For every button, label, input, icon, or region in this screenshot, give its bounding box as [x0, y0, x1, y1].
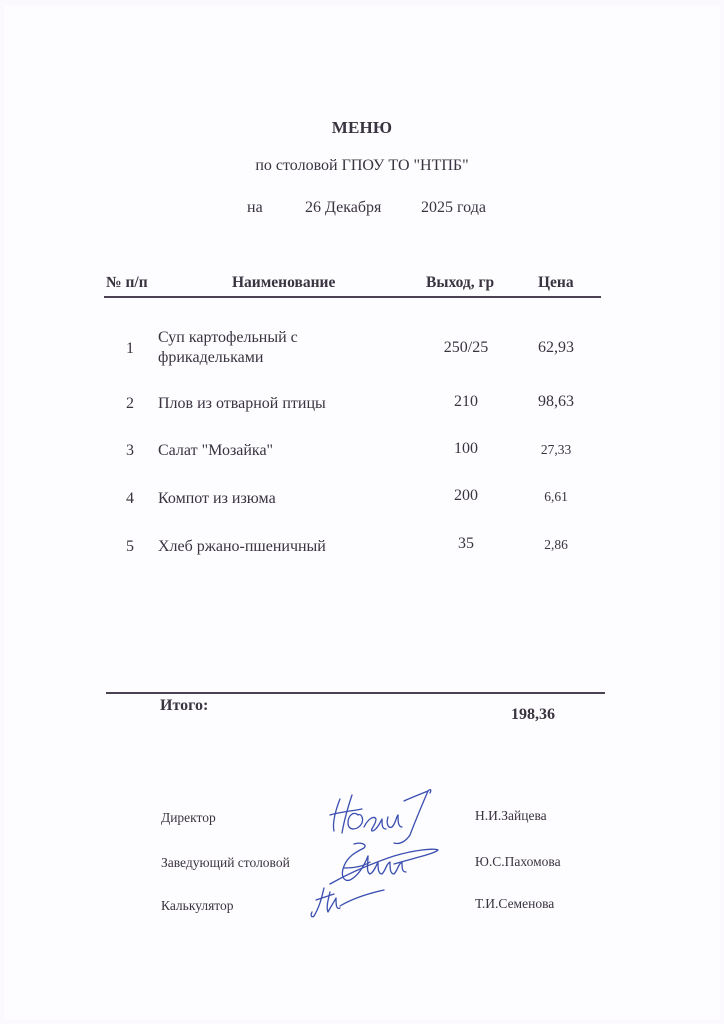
row-2-price: 98,63 [521, 393, 591, 411]
column-header-num: № п/п [106, 274, 148, 292]
total-divider [106, 692, 605, 694]
row-5-name: Хлеб ржано-пшеничный [158, 537, 326, 557]
signature-calculator [310, 884, 390, 920]
row-3-num: 3 [126, 442, 134, 460]
row-1-name-line2: фрикадельками [158, 348, 298, 368]
row-3-price: 27,33 [521, 442, 591, 458]
signer-1-name: Н.И.Зайцева [475, 808, 547, 824]
total-label: Итого: [160, 697, 208, 715]
signer-2-name: Ю.С.Пахомова [475, 854, 561, 870]
signer-3-role: Калькулятор [161, 898, 234, 914]
row-5-price: 2,86 [521, 537, 591, 553]
row-4-output: 200 [426, 487, 506, 505]
row-2-num: 2 [126, 395, 134, 413]
row-3-output: 100 [426, 440, 506, 458]
row-4-num: 4 [126, 490, 134, 508]
row-1-price: 62,93 [521, 339, 591, 357]
row-3-name: Салат "Мозайка" [158, 441, 273, 461]
signer-2-role: Заведующий столовой [161, 855, 290, 871]
column-header-output: Выход, гр [426, 274, 494, 292]
row-1-name-line1: Суп картофельный с [158, 328, 298, 348]
row-2-name: Плов из отварной птицы [158, 394, 326, 414]
column-header-price: Цена [538, 274, 574, 292]
header-divider [104, 296, 601, 298]
signature-canteen-head [324, 838, 444, 888]
row-4-name: Компот из изюма [158, 489, 276, 509]
row-4-price: 6,61 [521, 489, 591, 505]
column-header-name: Наименование [232, 274, 335, 292]
date-day: 26 Декабря [305, 199, 381, 217]
date-year: 2025 года [421, 199, 486, 217]
row-1-num: 1 [126, 340, 134, 358]
document-title: МЕНЮ [0, 118, 724, 138]
row-2-output: 210 [426, 393, 506, 411]
date-prefix: на [247, 199, 263, 217]
signer-1-role: Директор [161, 810, 216, 826]
row-1-name: Суп картофельный с фрикадельками [158, 328, 298, 368]
total-value: 198,36 [511, 706, 555, 724]
row-5-output: 35 [426, 535, 506, 553]
document-subtitle: по столовой ГПОУ ТО "НТПБ" [0, 157, 724, 175]
row-1-output: 250/25 [426, 339, 506, 357]
row-5-num: 5 [126, 538, 134, 556]
signer-3-name: Т.И.Семенова [475, 896, 554, 912]
